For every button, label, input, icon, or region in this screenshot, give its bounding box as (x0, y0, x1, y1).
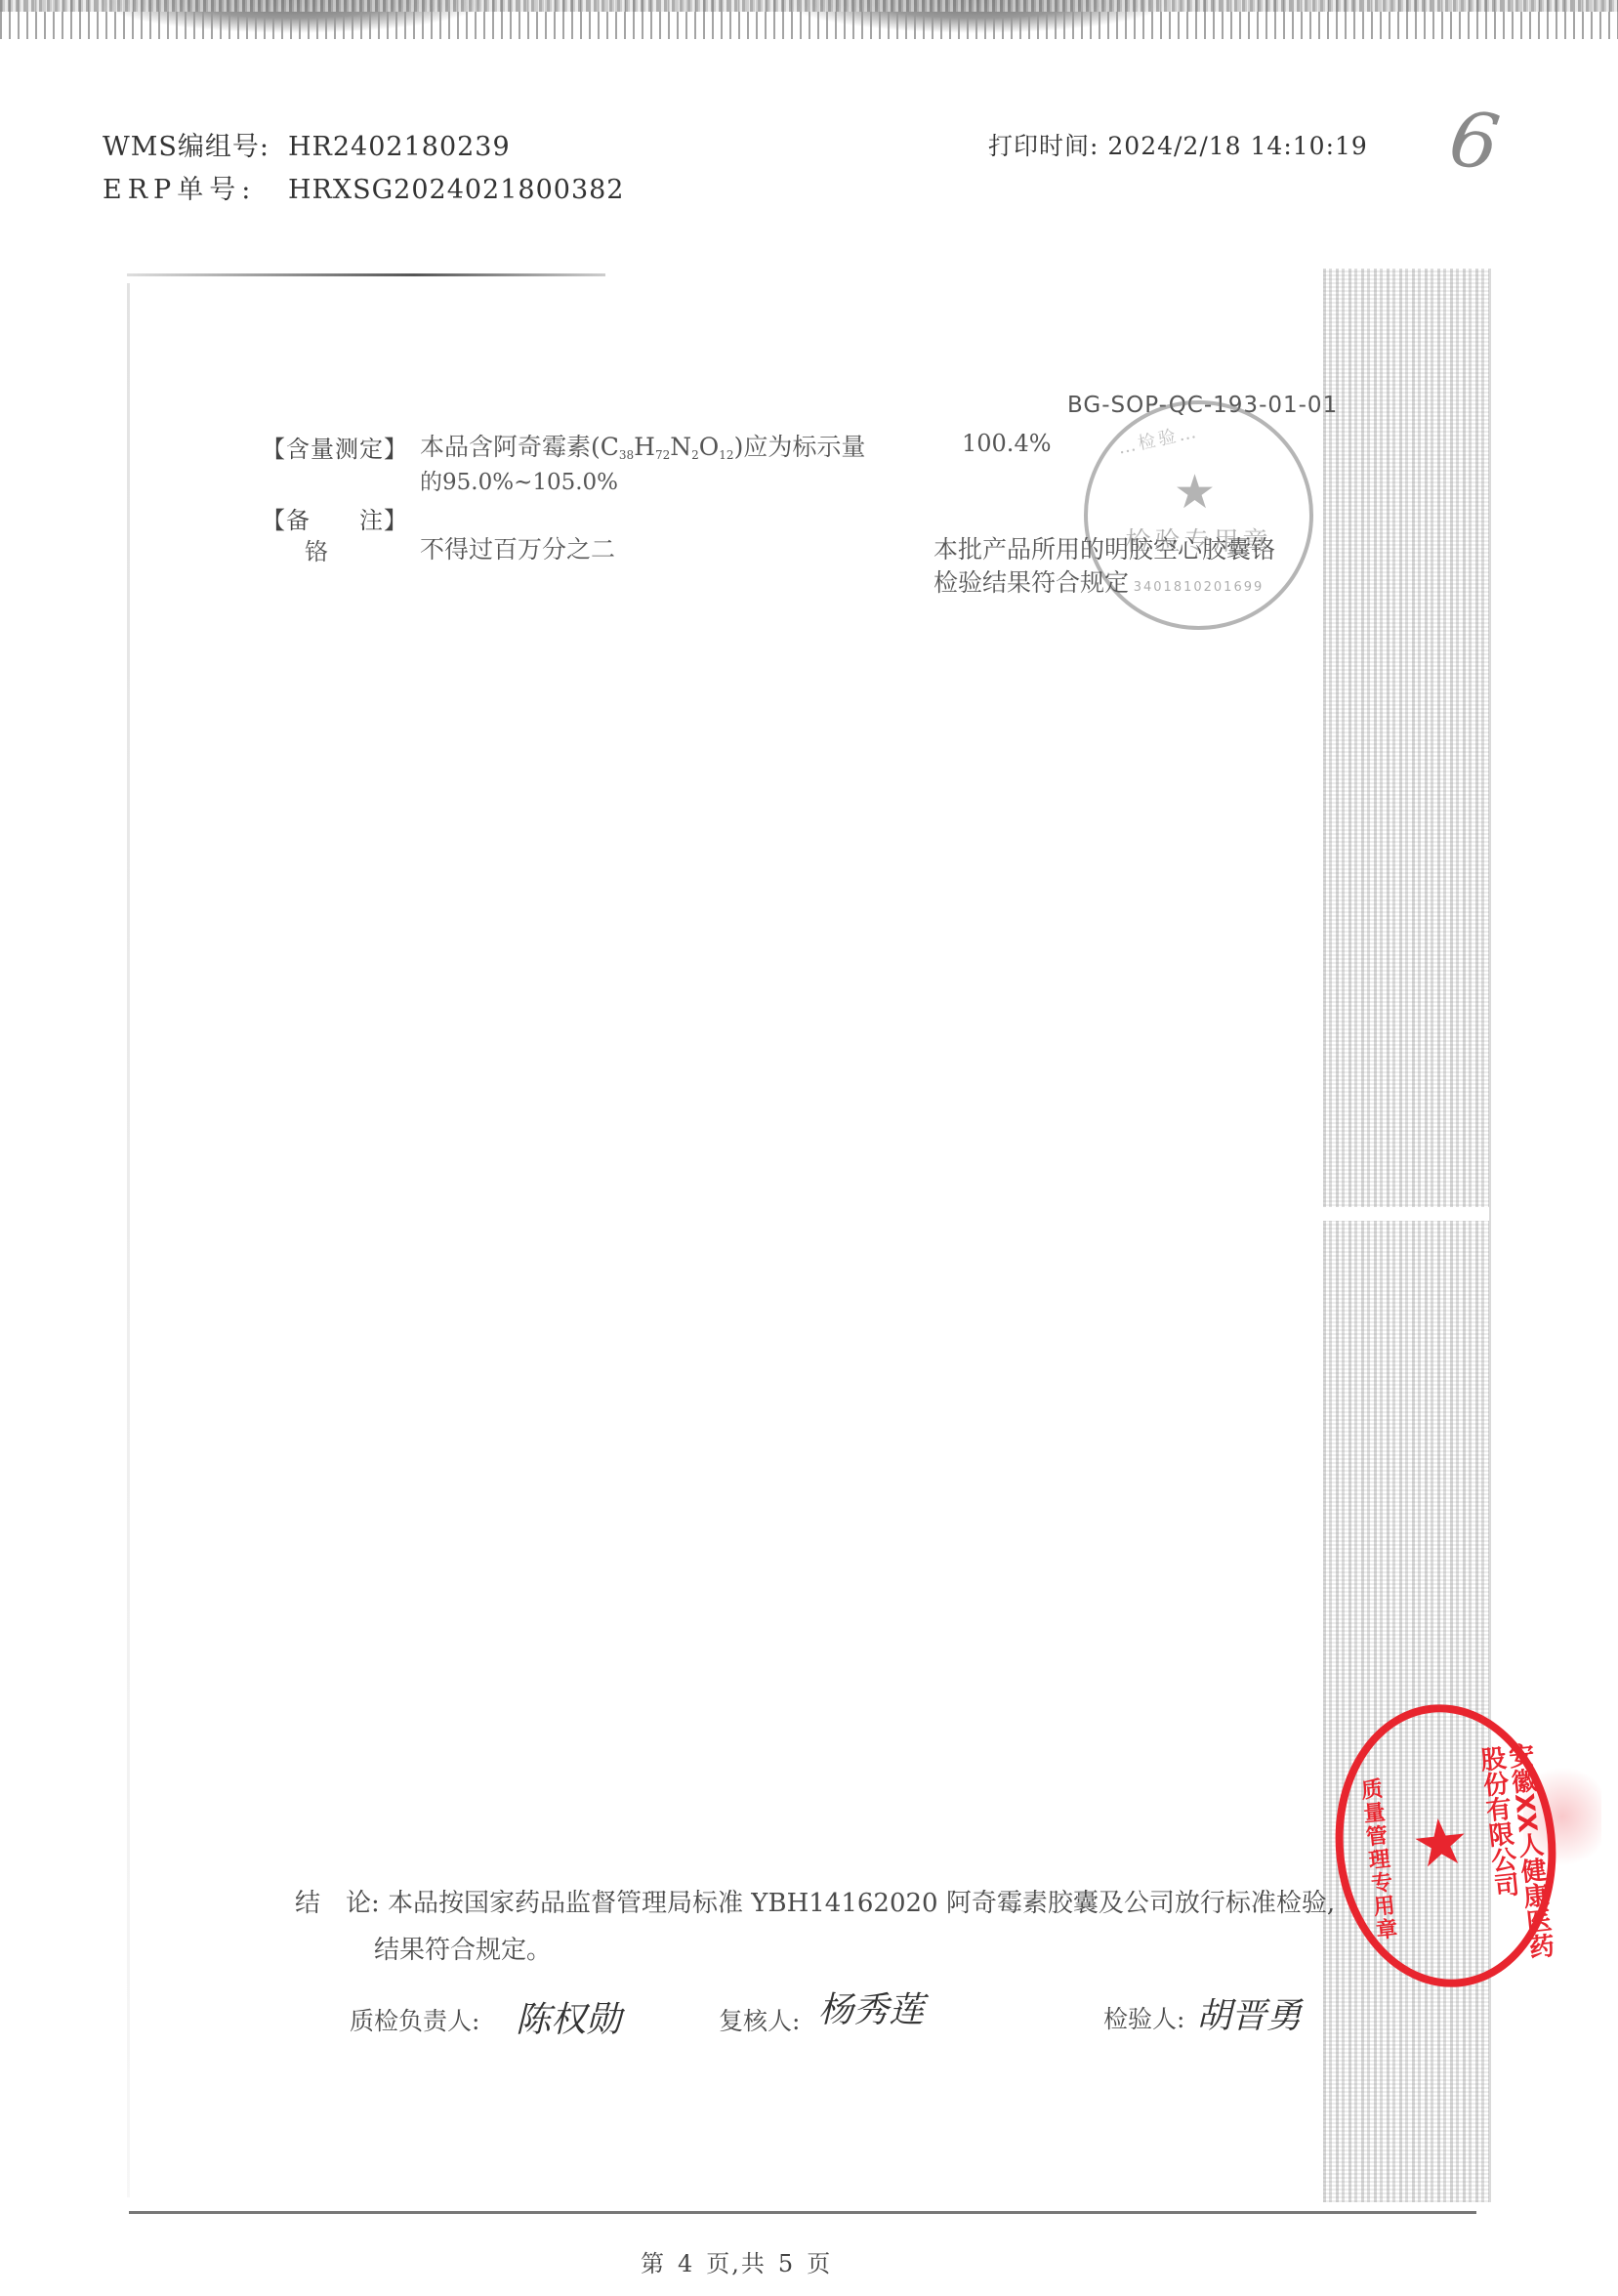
qc-seal-arc-text: …检验… (1115, 418, 1201, 460)
page-mid: 页,共 (706, 2250, 767, 2277)
print-time-label: 打印时间: (988, 132, 1099, 160)
formula-sub-h: 72 (655, 448, 670, 462)
formula-sub-c: 38 (619, 448, 634, 462)
star-icon: ★ (1174, 465, 1216, 520)
scan-noise-gap (1318, 1207, 1494, 1221)
remark-result-line2: 检验结果符合规定 (933, 564, 1129, 599)
formula-n: N (670, 433, 691, 461)
remark-item-name: 铬 (305, 532, 328, 566)
assay-req-prefix: 本品含阿奇霉素(C (420, 433, 619, 461)
formula-o: O (699, 433, 720, 461)
formula-sub-o: 12 (719, 448, 733, 462)
erp-number-label: ERP单号: (103, 168, 288, 206)
page-suffix: 页 (807, 2250, 832, 2277)
wms-number-value: HR2402180239 (288, 132, 511, 162)
conclusion-text-line1: 本品按国家药品监督管理局标准 YBH14162020 阿奇霉素胶囊及公司放行标准… (388, 1889, 1335, 1918)
company-stamp-purpose: 质量管理专用章 (1353, 1776, 1400, 1942)
remark-item-limit: 不得过百万分之二 (420, 530, 615, 565)
wms-number-row: WMS编组号:HR2402180239 (103, 125, 511, 163)
print-time-row: 打印时间: 2024/2/18 14:10:19 (988, 127, 1368, 162)
formula-h: H (634, 433, 655, 461)
assay-label: 【含量测定】 (262, 430, 408, 464)
page-prefix: 第 (641, 2250, 666, 2277)
assay-req-suffix: )应为标示量 (734, 433, 866, 461)
page-total: 5 (778, 2250, 795, 2277)
assay-requirement-line2: 的95.0%~105.0% (420, 464, 618, 496)
reviewer-signature: 杨秀莲 (818, 1983, 924, 2032)
conclusion-text-line2: 结果符合规定。 (374, 1930, 552, 1966)
erp-number-value: HRXSG2024021800382 (288, 175, 624, 205)
frame-top-line (127, 273, 605, 276)
conclusion-line1: 结 论: 本品按国家药品监督管理局标准 YBH14162020 阿奇霉素胶囊及公… (295, 1883, 1335, 1919)
inspector-signature: 胡晋勇 (1196, 1988, 1302, 2038)
qc-manager-label: 质检负责人: (350, 2002, 479, 2037)
remark-result-line1: 本批产品所用的明胶空心胶囊铬 (933, 530, 1275, 565)
assay-requirement-line1: 本品含阿奇霉素(C38H72N2O12)应为标示量 (420, 428, 865, 463)
scan-artifact-top (0, 0, 1618, 39)
qc-manager-signature: 陈权勋 (516, 1992, 621, 2042)
frame-left-line (127, 283, 130, 2197)
formula-sub-n: 2 (691, 448, 699, 462)
conclusion-label: 结 论: (295, 1889, 380, 1918)
erp-number-row: ERP单号:HRXSG2024021800382 (103, 168, 624, 206)
frame-bottom-line (129, 2211, 1476, 2214)
handwritten-page-number: 6 (1444, 95, 1505, 188)
wms-number-label: WMS编组号: (103, 125, 288, 163)
remarks-label: 【备 注】 (262, 501, 408, 535)
print-time-value: 2024/2/18 14:10:19 (1107, 132, 1367, 160)
star-icon: ★ (1408, 1803, 1473, 1884)
assay-result: 100.4% (962, 430, 1052, 457)
inspector-label: 检验人: (1103, 2000, 1184, 2035)
reviewer-label: 复核人: (719, 2002, 800, 2037)
page-indicator: 第4页,共5页 (635, 2244, 838, 2278)
page-current: 4 (678, 2250, 694, 2277)
